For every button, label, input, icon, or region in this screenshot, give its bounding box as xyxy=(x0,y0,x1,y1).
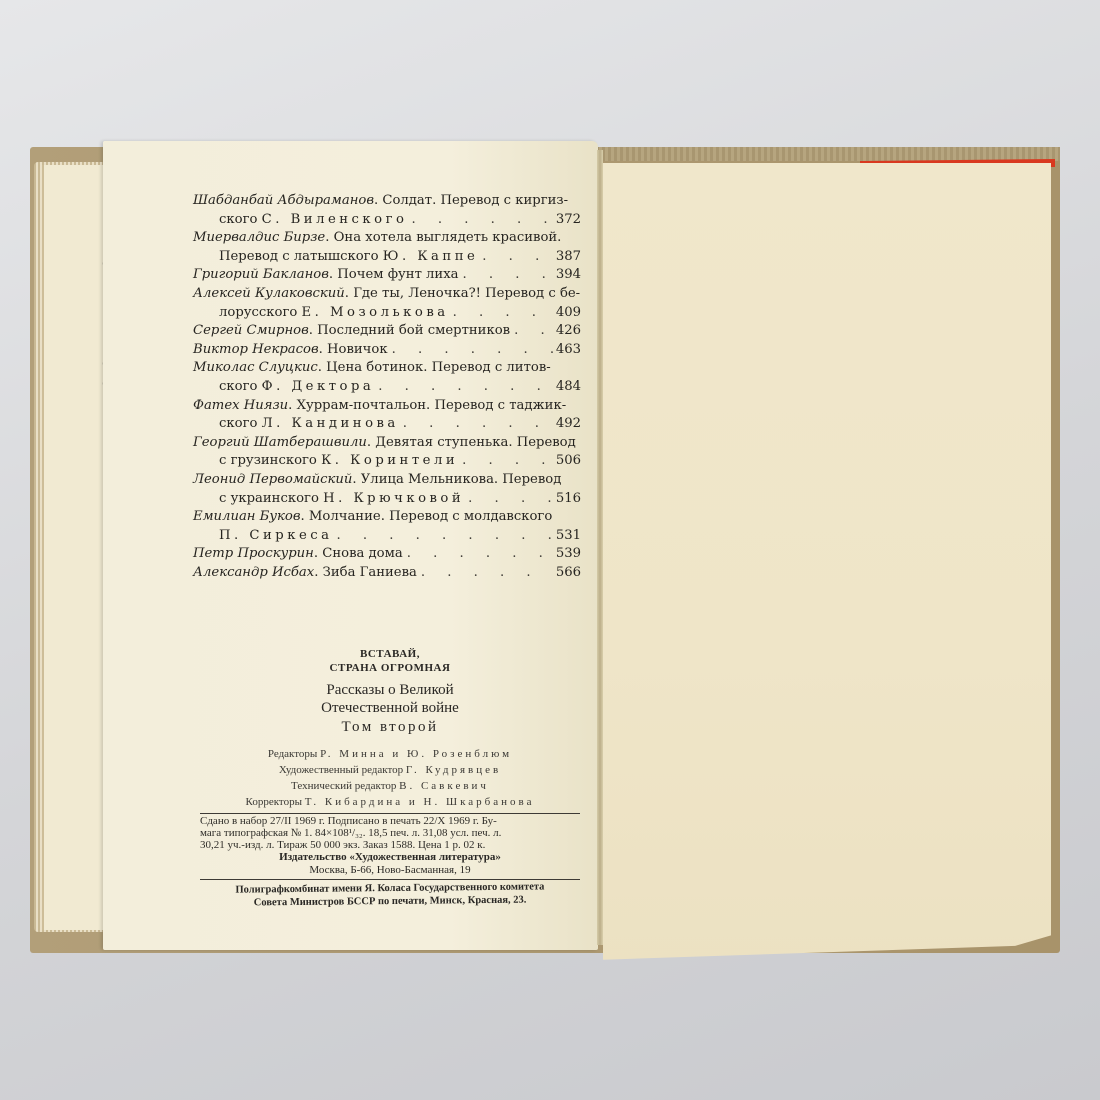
toc-entry: Виктор Некрасов. Новичок463 xyxy=(193,341,581,360)
toc-cont: с грузинского xyxy=(219,452,317,471)
toc-translator: П. Сиркеса xyxy=(219,527,333,546)
toc-entry: Алексей Кулаковский. Где ты, Леночка?! П… xyxy=(193,285,581,322)
toc-author: Леонид Первомайский xyxy=(193,471,352,490)
toc-entry: Шабданбай Абдыраманов. Солдат. Перевод с… xyxy=(193,192,581,229)
series-title-line1: ВСТАВАЙ, xyxy=(200,648,580,662)
art-editor-line: Художественный редактор Г. Кудрявцев xyxy=(200,762,580,778)
toc-entry: Григорий Бакланов. Почем фунт лиха394 xyxy=(193,266,581,285)
toc-translator: Е. Мозолькова xyxy=(302,304,449,323)
leader-dots xyxy=(403,415,553,434)
toc-cont: с украинского xyxy=(219,490,319,509)
toc-translator: Ю. Каппе xyxy=(383,248,479,267)
toc-title: Почем фунт лиха xyxy=(337,266,458,285)
publisher-name: Издательство «Художественная литература» xyxy=(200,851,580,864)
divider xyxy=(200,813,580,814)
toc-entry: Георгий Шатберашвили. Девятая ступенька.… xyxy=(193,434,581,471)
toc-entry: Миервалдис Бирзе. Она хотела выглядеть к… xyxy=(193,229,581,266)
toc-title: Девятая ступенька. Перевод xyxy=(375,434,575,453)
toc-page-number: 566 xyxy=(553,564,581,583)
editors-line: Редакторы Р. Минна и Ю. Розенблюм xyxy=(200,746,580,762)
leader-dots xyxy=(453,304,553,323)
leader-dots xyxy=(407,545,553,564)
toc-author: Александр Исбах xyxy=(193,564,314,583)
publisher-address: Москва, Б-66, Ново-Басманная, 19 xyxy=(200,864,580,877)
toc-translator: К. Коринтели xyxy=(321,452,458,471)
toc-translator: Л. Кандинова xyxy=(262,415,399,434)
credits: Редакторы Р. Минна и Ю. Розенблюм Художе… xyxy=(200,746,580,810)
toc-author: Миколас Слуцкис xyxy=(193,359,318,378)
toc-entry: Петр Проскурин. Снова дома539 xyxy=(193,545,581,564)
print-specs: Сдано в набор 27/II 1969 г. Подписано в … xyxy=(200,816,580,851)
leader-dots xyxy=(514,322,553,341)
toc-title: Улица Мельникова. Перевод xyxy=(361,471,562,490)
toc-translator: Н. Крючковой xyxy=(323,490,464,509)
toc-page-number: 426 xyxy=(553,322,581,341)
toc-translator: С. Виленского xyxy=(262,211,408,230)
book-gutter xyxy=(597,150,603,945)
toc-author: Миервалдис Бирзе xyxy=(193,229,325,248)
leader-dots xyxy=(462,452,553,471)
toc-page-number: 506 xyxy=(553,452,581,471)
proofreaders-line: Корректоры Т. Кибардина и Н. Шкарбанова xyxy=(200,794,580,810)
toc-page-number: 463 xyxy=(553,341,581,360)
toc-page-number: 387 xyxy=(553,248,581,267)
leader-dots xyxy=(378,378,553,397)
toc-cont: Перевод с латышского xyxy=(219,248,379,267)
leader-dots xyxy=(421,564,553,583)
leader-dots xyxy=(463,266,553,285)
divider xyxy=(200,879,580,880)
toc-author: Петр Проскурин xyxy=(193,545,314,564)
leader-dots xyxy=(337,527,553,546)
toc-entry: Миколас Слуцкис. Цена ботинок. Перевод с… xyxy=(193,359,581,396)
volume-label: Том второй xyxy=(200,718,580,736)
toc-entry: Леонид Первомайский. Улица Мельникова. П… xyxy=(193,471,581,508)
toc-entry: Фатех Ниязи. Хуррам-почтальон. Перевод с… xyxy=(193,397,581,434)
series-title-line2: СТРАНА ОГРОМНАЯ xyxy=(200,662,580,676)
right-page-blank[interactable] xyxy=(603,163,1051,976)
toc-title: Зиба Ганиева xyxy=(323,564,417,583)
toc-page-number: 492 xyxy=(553,415,581,434)
toc-page-number: 484 xyxy=(553,378,581,397)
toc-entry: Емилиан Буков. Молчание. Перевод с молда… xyxy=(193,508,581,545)
leader-dots xyxy=(411,211,553,230)
toc-entry: Александр Исбах. Зиба Ганиева566 xyxy=(193,564,581,583)
tech-editor-line: Технический редактор В. Савкевич xyxy=(200,778,580,794)
table-of-contents: Шабданбай Абдыраманов. Солдат. Перевод с… xyxy=(193,192,581,582)
leader-dots xyxy=(392,341,553,360)
colophon: ВСТАВАЙ, СТРАНА ОГРОМНАЯ Рассказы о Вели… xyxy=(200,648,580,908)
toc-entry: Сергей Смирнов. Последний бой смертников… xyxy=(193,322,581,341)
toc-title: Новичок xyxy=(327,341,388,360)
subtitle-line2: Отечественной войне xyxy=(200,699,580,717)
toc-cont: лорусского xyxy=(219,304,297,323)
toc-cont: ского xyxy=(219,415,257,434)
toc-author: Георгий Шатберашвили xyxy=(193,434,367,453)
toc-page-number: 372 xyxy=(553,211,581,230)
leader-dots xyxy=(468,490,553,509)
toc-title: Хуррам-почтальон. Перевод с таджик- xyxy=(297,397,567,416)
toc-page-number: 394 xyxy=(553,266,581,285)
toc-title: Цена ботинок. Перевод с литов- xyxy=(326,359,551,378)
toc-page-number: 409 xyxy=(553,304,581,323)
toc-author: Шабданбай Абдыраманов xyxy=(193,192,374,211)
toc-author: Фатех Ниязи xyxy=(193,397,288,416)
toc-title: Где ты, Леночка?! Перевод с бе- xyxy=(353,285,580,304)
toc-author: Сергей Смирнов xyxy=(193,322,309,341)
toc-title: Солдат. Перевод с киргиз- xyxy=(382,192,568,211)
toc-title: Молчание. Перевод с молдавского xyxy=(309,508,552,527)
leader-dots xyxy=(482,248,553,267)
toc-title: Снова дома xyxy=(322,545,402,564)
toc-page-number: 531 xyxy=(553,527,581,546)
toc-author: Емилиан Буков xyxy=(193,508,301,527)
printer-block: Полиграфкомбинат имени Я. Коласа Государ… xyxy=(200,881,580,910)
toc-author: Григорий Бакланов xyxy=(193,266,329,285)
toc-cont: ского xyxy=(219,211,257,230)
subtitle-line1: Рассказы о Великой xyxy=(200,681,580,699)
publisher-block: Издательство «Художественная литература»… xyxy=(200,851,580,876)
toc-page-number: 516 xyxy=(553,490,581,509)
toc-author: Алексей Кулаковский xyxy=(193,285,345,304)
toc-title: Она хотела выглядеть красивой. xyxy=(334,229,562,248)
toc-translator: Ф. Дектора xyxy=(262,378,375,397)
toc-page-number: 539 xyxy=(553,545,581,564)
toc-title: Последний бой смертников xyxy=(317,322,510,341)
toc-cont: ского xyxy=(219,378,257,397)
toc-author: Виктор Некрасов xyxy=(193,341,319,360)
